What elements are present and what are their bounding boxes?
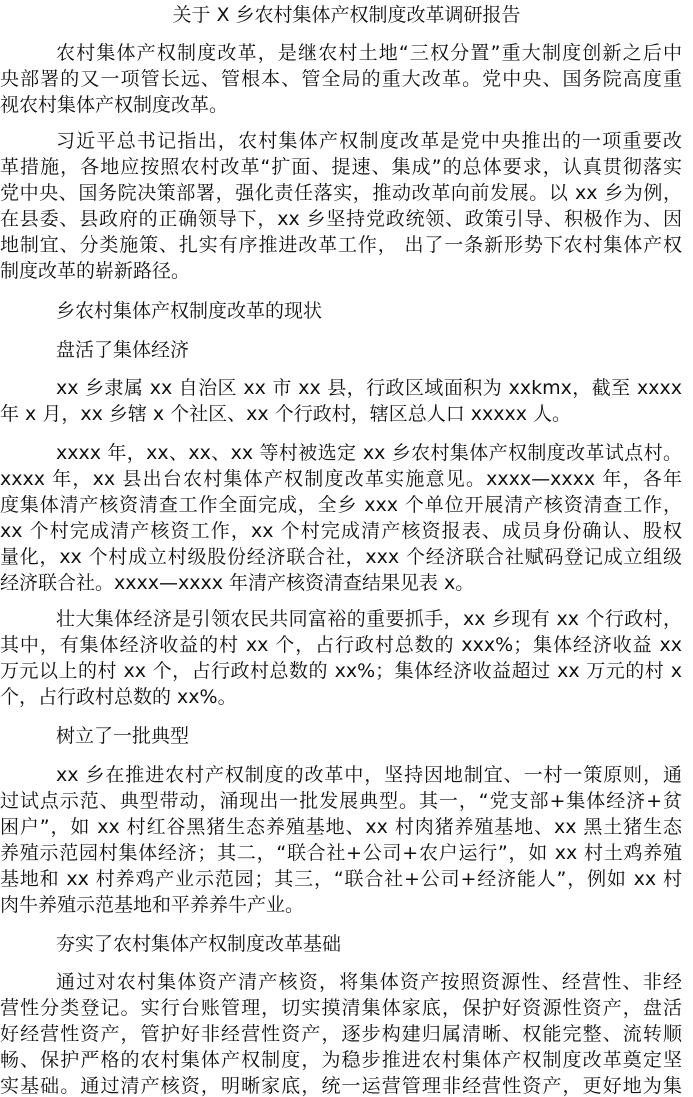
paragraph-intro: 农村集体产权制度改革，是继农村土地“三权分置”重大制度创新之后中 央部署的又一项… [0, 40, 693, 118]
paragraph-township-overview: xx 乡隶属 xx 自治区 xx 市 xx 县，行政区域面积为 xxkmx，截至… [0, 375, 693, 427]
text-line: 通过对农村集体资产清产核资，将集体资产按照资源性、经营性、非经 [0, 969, 682, 995]
text-line: 党中央、国务院决策部署，强化责任落实，推动改革向前发展。以 xx 乡为例， [0, 180, 682, 206]
text-line: 度集体清产核资清查工作全面完成，全乡 xxx 个单位开展清产核资清查工作， [0, 492, 682, 518]
text-line: 地制宜、分类施策、扎实有序推进改革工作， 出了一条新形势下农村集体产权 [0, 232, 682, 258]
document-title: 关于 X 乡农村集体产权制度改革调研报告 [0, 2, 693, 28]
text-line: xxxx 年，xx、xx、xx 等村被选定 xx 乡农村集体产权制度改革试点村。 [0, 440, 682, 466]
text-line: 实基础。通过清产核资，明晰家底，统一运营管理非经营性资产，更好地为集 [0, 1073, 682, 1097]
text-line: 在县委、县政府的正确领导下，xx 乡坚持党政统领、政策引导、积极作为、因 [0, 206, 682, 232]
text-line: 好经营性资产，管护好非经营性资产，逐步构建归属清晰、权能完整、流转顺 [0, 1021, 682, 1047]
section-heading-foundation: 夯实了农村集体产权制度改革基础 [56, 931, 341, 957]
text-line: 困户”，如 xx 村红谷黑猪生态养殖基地、xx 村肉猪养殖基地、xx 黑土猪生态 [0, 814, 682, 840]
section-heading-typical-cases: 树立了一批典型 [56, 723, 189, 749]
text-line: xxxx 年，xx 县出台农村集体产权制度改革实施意见。xxxx—xxxx 年，… [0, 466, 682, 492]
paragraph-asset-verification: 通过对农村集体资产清产核资，将集体资产按照资源性、经营性、非经 营性分类登记。实… [0, 969, 693, 1097]
text-line: 央部署的又一项管长远、管根本、管全局的重大改革。党中央、国务院高度重 [0, 66, 682, 92]
text-line: 壮大集体经济是引领农民共同富裕的重要抓手，xx 乡现有 xx 个行政村， [0, 606, 682, 632]
text-line: 其中，有集体经济收益的村 xx 个，占行政村总数的 xxx%；集体经济收益 xx [0, 632, 682, 658]
paragraph-xi-quote: 习近平总书记指出，农村集体产权制度改革是党中央推出的一项重要改 革措施，各地应按… [0, 128, 693, 284]
paragraph-pilot-villages: xxxx 年，xx、xx、xx 等村被选定 xx 乡农村集体产权制度改革试点村。… [0, 440, 693, 596]
text-line: 量化，xx 个村成立村级股份经济联合社，xxx 个经济联合社赋码登记成立组级 [0, 544, 682, 570]
text-line: 个，占行政村总数的 xx%。 [0, 684, 682, 710]
text-line: xx 个村完成清产核资工作，xx 个村完成清产核资报表、成员身份确认、股权 [0, 518, 682, 544]
text-line: 过试点示范、典型带动，涌现出一批发展典型。其一，“党支部+集体经济+贫 [0, 788, 682, 814]
text-line: 经济联合社。xxxx—xxxx 年清产核资清查结果见表 x。 [0, 570, 682, 596]
text-line: 习近平总书记指出，农村集体产权制度改革是党中央推出的一项重要改 [0, 128, 682, 154]
paragraph-typical-cases: xx 乡在推进农村产权制度的改革中，坚持因地制宜、一村一策原则，通 过试点示范、… [0, 762, 693, 918]
text-line: 农村集体产权制度改革，是继农村土地“三权分置”重大制度创新之后中 [0, 40, 682, 66]
section-heading-collective-economy: 盘活了集体经济 [56, 337, 189, 363]
text-line: 视农村集体产权制度改革。 [0, 92, 682, 118]
text-line: 年 x 月，xx 乡辖 x 个社区、xx 个行政村，辖区总人口 xxxxx 人。 [0, 401, 682, 427]
text-line: xx 乡隶属 xx 自治区 xx 市 xx 县，行政区域面积为 xxkmx，截至… [0, 375, 682, 401]
paragraph-collective-income: 壮大集体经济是引领农民共同富裕的重要抓手，xx 乡现有 xx 个行政村， 其中，… [0, 606, 693, 710]
text-line: xx 乡在推进农村产权制度的改革中，坚持因地制宜、一村一策原则，通 [0, 762, 682, 788]
text-line: 革措施，各地应按照农村改革“扩面、提速、集成”的总体要求，认真贯彻落实 [0, 154, 682, 180]
text-line: 基地和 xx 村养鸡产业示范园；其三，“联合社+公司+经济能人”，例如 xx 村 [0, 866, 682, 892]
text-line: 肉牛养殖示范基地和平养养牛产业。 [0, 892, 682, 918]
text-line: 畅、保护严格的农村集体产权制度，为稳步推进农村集体产权制度改革奠定坚 [0, 1047, 682, 1073]
text-line: 万元以上的村 xx 个，占行政村总数的 xx%；集体经济收益超过 xx 万元的村… [0, 658, 682, 684]
text-line: 制度改革的崭新路径。 [0, 258, 682, 284]
text-line: 养殖示范园村集体经济；其二，“联合社+公司+农户运行”，如 xx 村土鸡养殖 [0, 840, 682, 866]
text-line: 营性分类登记。实行台账管理，切实摸清集体家底，保护好资源性资产，盘活 [0, 995, 682, 1021]
section-heading-status: 乡农村集体产权制度改革的现状 [56, 298, 322, 324]
